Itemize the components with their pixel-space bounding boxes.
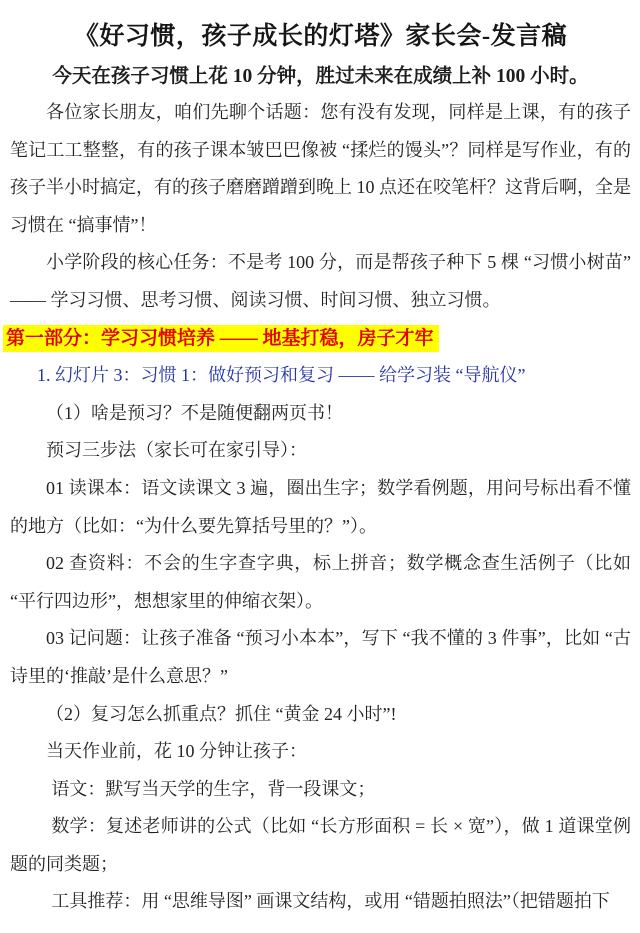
line-tool-recommendation: 工具推荐：用 “思维导图” 画课文结构，或用 “错题拍照法”（把错题拍下 [10,883,631,921]
line-chinese-review: 语文：默写当天学的生字，背一段课文； [10,771,631,809]
line-review-golden-24h: （2）复习怎么抓重点？抓住 “黄金 24 小时”! [10,696,631,734]
paragraph-core-task: 小学阶段的核心任务：不是考 100 分，而是帮孩子种下 5 棵 “习惯小树苗” … [10,244,631,319]
document-page: 《好习惯，孩子成长的灯塔》家长会-发言稿 今天在孩子习惯上花 10 分钟，胜过未… [0,0,640,933]
slide-3-habit-1-heading: 1. 幻灯片 3：习惯 1：做好预习和复习 —— 给学习装 “导航仪” [10,357,631,395]
section-1-heading-text: 第一部分：学习习惯培养 —— 地基打稳，房子才牢 [3,325,439,352]
paragraph-intro: 各位家长朋友，咱们先聊个话题：您有没有发现，同样是上课，有的孩子笔记工工整整，有… [10,94,631,244]
line-math-review: 数学：复述老师讲的公式（比如 “长方形面积 = 长 × 宽”），做 1 道课堂例… [10,808,631,883]
step-01-read-textbook: 01 读课本：语文读课文 3 遍，圈出生字；数学看例题，用问号标出看不懂的地方（… [10,470,631,545]
line-preview-three-steps: 预习三步法（家长可在家引导）： [10,432,631,470]
line-what-is-preview: （1）啥是预习？不是随便翻两页书！ [10,395,631,433]
doc-title: 《好习惯，孩子成长的灯塔》家长会-发言稿 [10,16,631,58]
step-02-lookup-materials: 02 查资料：不会的生字查字典，标上拼音；数学概念查生活例子（比如 “平行四边形… [10,545,631,620]
section-1-heading: 第一部分：学习习惯培养 —— 地基打稳，房子才牢 [3,320,631,358]
doc-subtitle: 今天在孩子习惯上花 10 分钟，胜过未来在成绩上补 100 小时。 [10,60,631,94]
line-before-homework: 当天作业前，花 10 分钟让孩子： [10,733,631,771]
doc-body: 各位家长朋友，咱们先聊个话题：您有没有发现，同样是上课，有的孩子笔记工工整整，有… [10,94,631,921]
step-03-note-questions: 03 记问题：让孩子准备 “预习小本本”，写下 “我不懂的 3 件事”，比如 “… [10,620,631,695]
